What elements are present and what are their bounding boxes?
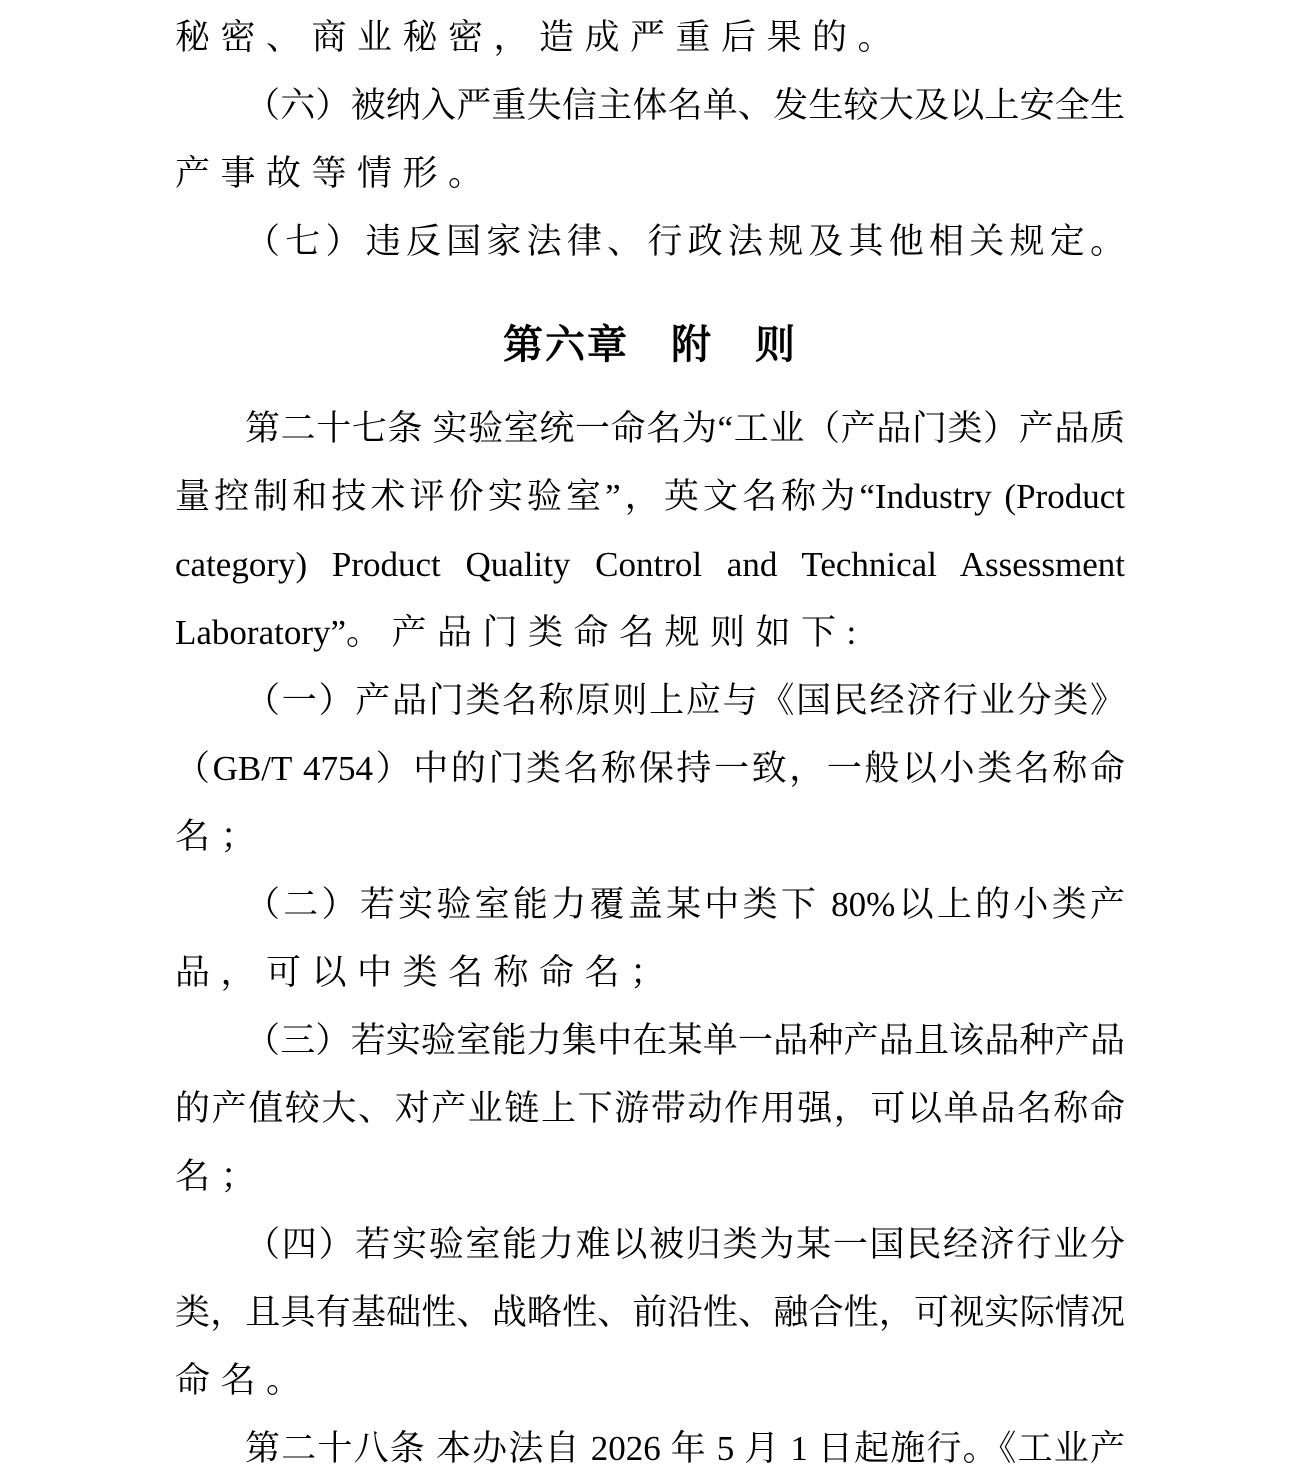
document-page: 秘密、商业秘密，造成严重后果的。（六）被纳入严重失信主体名单、发生较大及以上安全…: [175, 4, 1125, 1482]
text-line: （二）若实验室能力覆盖某中类下 80%以上的小类产: [175, 871, 1125, 939]
text-line: 第二十七条 实验室统一命名为“工业（产品门类）产品质: [175, 395, 1125, 463]
paragraph: （四）若实验室能力难以被归类为某一国民经济行业分类，且具有基础性、战略性、前沿性…: [175, 1211, 1125, 1415]
cjk-text: 名；: [175, 817, 266, 856]
cjk-text: 品，可以中类名称命名；: [175, 953, 676, 992]
cjk-text: （三）若实验室能力集中在某单一品种产品且该品种产品: [245, 1021, 1125, 1060]
cjk-text: （四）若实验室能力难以被归类为某一国民经济行业分: [245, 1225, 1125, 1264]
text-line: 的产值较大、对产业链上下游带动作用强，可以单品名称命: [175, 1075, 1125, 1143]
cjk-text: 命名。: [175, 1361, 312, 1400]
cjk-text: 的产值较大、对产业链上下游带动作用强，可以单品名称命: [175, 1089, 1125, 1128]
paragraph: 第二十七条 实验室统一命名为“工业（产品门类）产品质量控制和技术评价实验室”，英…: [175, 395, 1125, 667]
paragraph: 第二十八条 本办法自 2026 年 5 月 1 日起施行。《工业产: [175, 1415, 1125, 1482]
cjk-text: 年: [671, 1429, 707, 1468]
text-line: （七）违反国家法律、行政法规及其他相关规定。: [175, 208, 1125, 276]
cjk-text: 本办法自: [436, 1429, 581, 1468]
cjk-text: ，英文名称为: [621, 477, 860, 516]
cjk-text: 。产品门类命名规则如下: [346, 613, 847, 652]
text-line: 名；: [175, 803, 1125, 871]
paragraph: （七）违反国家法律、行政法规及其他相关规定。: [175, 208, 1125, 276]
cjk-text: 第二十七条: [245, 409, 423, 448]
text-line: 第二十八条 本办法自 2026 年 5 月 1 日起施行。《工业产: [175, 1415, 1125, 1482]
text-line: 名；: [175, 1143, 1125, 1211]
paragraph: （三）若实验室能力集中在某单一品种产品且该品种产品的产值较大、对产业链上下游带动…: [175, 1007, 1125, 1211]
text-line: （六）被纳入严重失信主体名单、发生较大及以上安全生: [175, 72, 1125, 140]
text-line: （一）产品门类名称原则上应与《国民经济行业分类》: [175, 667, 1125, 735]
cjk-text: 量控制和技术评价实验室: [175, 477, 605, 516]
text-line: 产事故等情形。: [175, 140, 1125, 208]
text-line: category) Product Quality Control and Te…: [175, 531, 1125, 599]
cjk-text: 名；: [175, 1157, 266, 1196]
text-line: 量控制和技术评价实验室”，英文名称为“Industry (Product: [175, 463, 1125, 531]
text-line: Laboratory”。产品门类命名规则如下:: [175, 599, 1125, 667]
cjk-text: 工业（产品门类）产品质: [733, 409, 1125, 448]
text-line: （四）若实验室能力难以被归类为某一国民经济行业分: [175, 1211, 1125, 1279]
cjk-text: （六）被纳入严重失信主体名单、发生较大及以上安全生: [245, 86, 1125, 125]
cjk-text: 以上的小类产: [895, 885, 1125, 924]
cjk-text: （七）违反国家法律、行政法规及其他相关规定。: [245, 222, 1125, 261]
text-line: （三）若实验室能力集中在某单一品种产品且该品种产品: [175, 1007, 1125, 1075]
text-line: 类，且具有基础性、战略性、前沿性、融合性，可视实际情况: [175, 1279, 1125, 1347]
cjk-text: （一）产品门类名称原则上应与《国民经济行业分类》: [245, 681, 1125, 720]
cjk-text: （: [175, 749, 213, 788]
cjk-text: 月: [744, 1429, 780, 1468]
text-line: 品，可以中类名称命名；: [175, 939, 1125, 1007]
cjk-text: 第二十八条: [245, 1429, 426, 1468]
paragraph: （六）被纳入严重失信主体名单、发生较大及以上安全生产事故等情形。: [175, 72, 1125, 208]
cjk-text: 实验室统一命名为: [433, 409, 718, 448]
cjk-text: （二）若实验室能力覆盖某中类下: [245, 885, 819, 924]
paragraph: （一）产品门类名称原则上应与《国民经济行业分类》（GB/T 4754）中的门类名…: [175, 667, 1125, 871]
text-line: 秘密、商业秘密，造成严重后果的。: [175, 4, 1125, 72]
cjk-text: 类，且具有基础性、战略性、前沿性、融合性，可视实际情况: [175, 1293, 1125, 1332]
paragraph: （二）若实验室能力覆盖某中类下 80%以上的小类产品，可以中类名称命名；: [175, 871, 1125, 1007]
cjk-text: 产事故等情形。: [175, 154, 494, 193]
cjk-text: 秘密、商业秘密，造成严重后果的。: [175, 18, 903, 57]
cjk-text: ）中的门类名称保持一致，一般以小类名称命: [373, 749, 1125, 788]
text-line: （GB/T 4754）中的门类名称保持一致，一般以小类名称命: [175, 735, 1125, 803]
text-line: 命名。: [175, 1347, 1125, 1415]
chapter-heading: 第六章 附 则: [175, 311, 1125, 379]
cjk-text: 日起施行。《工业产: [818, 1429, 1125, 1468]
paragraph: 秘密、商业秘密，造成严重后果的。: [175, 4, 1125, 72]
